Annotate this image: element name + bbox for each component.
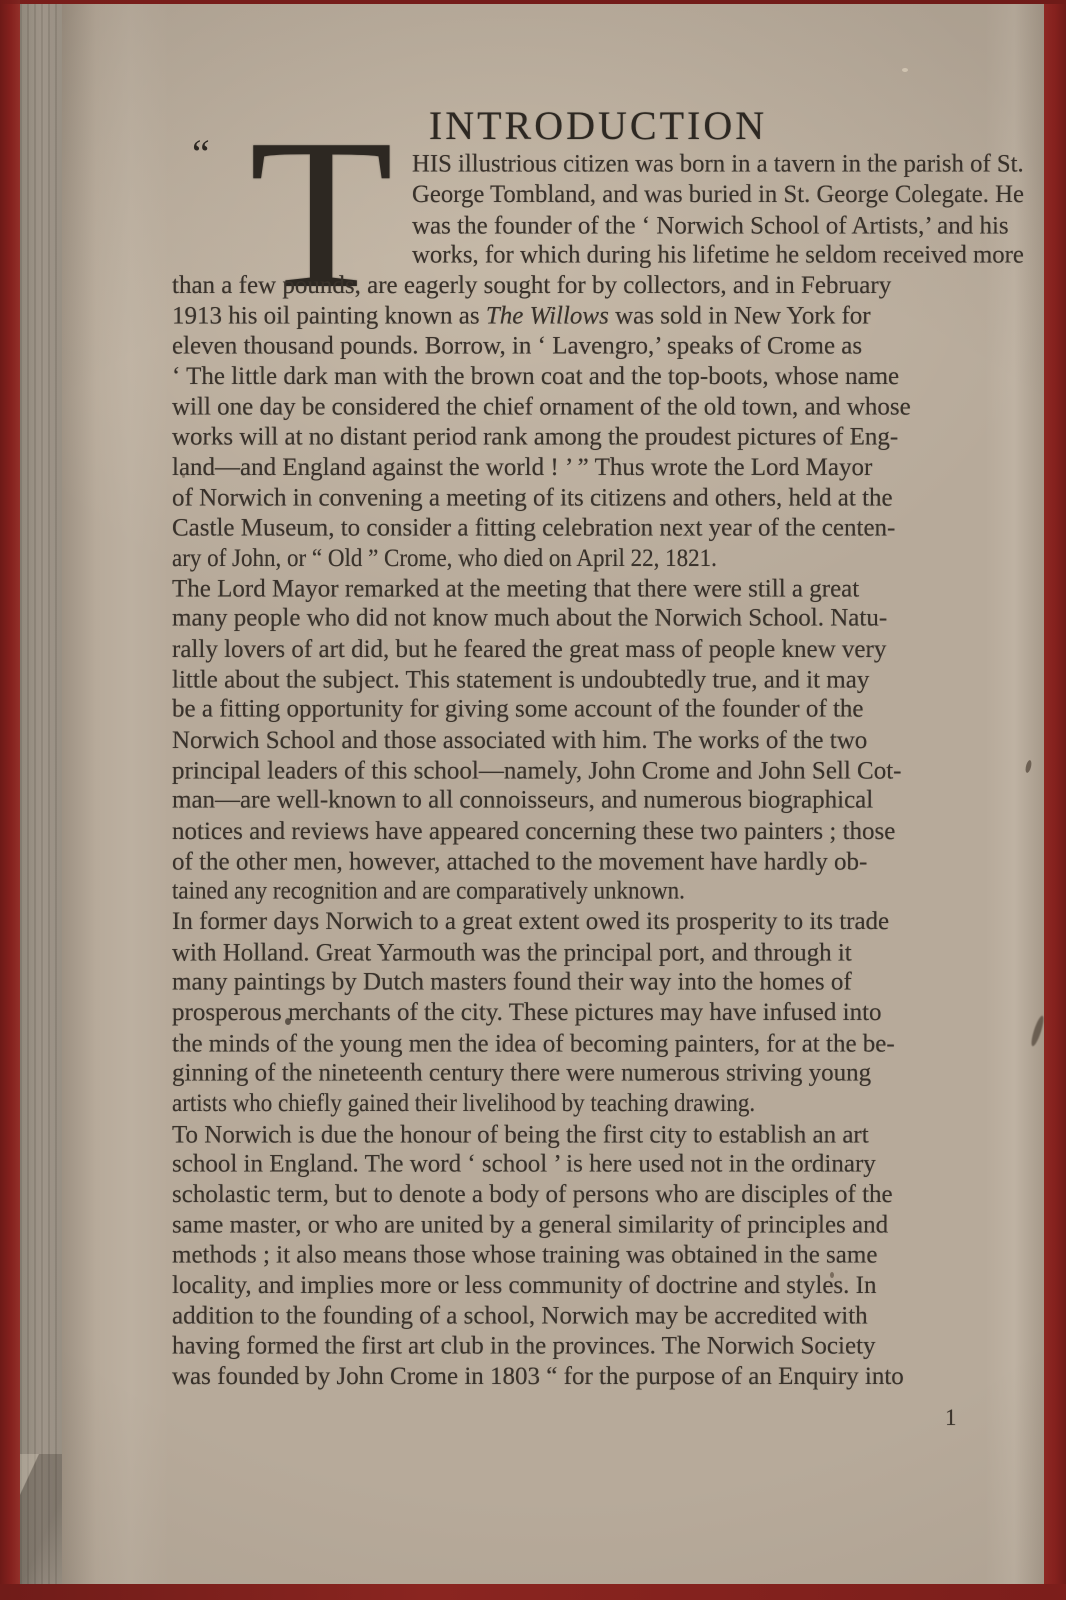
text-line: same master, or who are united by a gene… bbox=[172, 1211, 1024, 1241]
text-line: Castle Museum, to consider a fitting cel… bbox=[172, 513, 1024, 543]
text-line: will one day be considered the chief orn… bbox=[172, 393, 1024, 423]
text-line: HIS illustrious citizen was born in a ta… bbox=[412, 150, 1017, 180]
text-line: with Holland. Great Yarmouth was the pri… bbox=[172, 938, 1024, 968]
text-line: tained any recognition and are comparati… bbox=[172, 877, 956, 907]
text-line: 1913 his oil painting known as The Willo… bbox=[172, 302, 1024, 332]
body-text: HIS illustrious citizen was born in a ta… bbox=[172, 150, 1024, 1392]
text-line: artists who chiefly gained their livelih… bbox=[172, 1089, 956, 1119]
italic-text: The Willows bbox=[486, 303, 609, 330]
text-line: notices and reviews have appeared concer… bbox=[172, 817, 1024, 847]
text-line: rally lovers of art did, but he feared t… bbox=[172, 635, 1024, 665]
book-cover-edge-bottom bbox=[0, 1584, 1066, 1600]
book-cover-edge-left bbox=[0, 0, 20, 1600]
text-line: having formed the first art club in the … bbox=[172, 1331, 1024, 1361]
book-cover-edge-right bbox=[1044, 0, 1066, 1600]
dust-speck bbox=[182, 474, 185, 478]
text-line: In former days Norwich to a great extent… bbox=[172, 907, 1024, 937]
text-line: of the other men, however, attached to t… bbox=[172, 847, 1024, 877]
text-line: the minds of the young men the idea of b… bbox=[172, 1029, 1024, 1059]
text-line: ginning of the nineteenth century there … bbox=[172, 1058, 1024, 1088]
text-line: scholastic term, but to denote a body of… bbox=[172, 1180, 1024, 1210]
text-line: works, for which during his lifetime he … bbox=[412, 240, 1018, 270]
text-line: principal leaders of this school—namely,… bbox=[172, 756, 1024, 786]
text-line: ary of John, or “ Old ” Crome, who died … bbox=[172, 544, 956, 574]
text-line: addition to the founding of a school, No… bbox=[172, 1302, 1024, 1332]
book-page-photo: INTRODUCTION “ T HIS illustrious citizen… bbox=[0, 0, 1066, 1600]
text-line: ‘ The little dark man with the brown coa… bbox=[172, 362, 1024, 392]
text-line: George Tombland, and was buried in St. G… bbox=[412, 180, 1017, 210]
text-line: than a few pounds, are eagerly sought fo… bbox=[172, 271, 1024, 301]
text-line: was founded by John Crome in 1803 “ for … bbox=[172, 1362, 1024, 1392]
dust-speck bbox=[830, 1272, 834, 1278]
dust-speck bbox=[285, 1018, 291, 1025]
text-line: little about the subject. This statement… bbox=[172, 666, 1024, 696]
text-line: of Norwich in convening a meeting of its… bbox=[172, 484, 1024, 514]
text-line: prosperous merchants of the city. These … bbox=[172, 998, 1024, 1028]
text-line: locality, and implies more or less commu… bbox=[172, 1271, 1024, 1301]
text-line: land—and England against the world ! ’ ”… bbox=[172, 453, 1024, 483]
text-line: man—are well-known to all connoisseurs, … bbox=[172, 786, 1024, 816]
text-line: Norwich School and those associated with… bbox=[172, 726, 1024, 756]
text-line: many people who did not know much about … bbox=[172, 604, 1024, 634]
book-page: INTRODUCTION “ T HIS illustrious citizen… bbox=[62, 4, 1044, 1584]
text-line: be a fitting opportunity for giving some… bbox=[172, 695, 1024, 725]
text-line: The Lord Mayor remarked at the meeting t… bbox=[172, 575, 1024, 605]
text-line: school in England. The word ‘ school ’ i… bbox=[172, 1149, 1024, 1179]
text-line: was the founder of the ‘ Norwich School … bbox=[412, 211, 1024, 241]
dust-speck bbox=[1025, 760, 1033, 774]
text-line: To Norwich is due the honour of being th… bbox=[172, 1120, 1024, 1150]
dust-speck bbox=[902, 68, 908, 72]
text-line: many paintings by Dutch masters found th… bbox=[172, 968, 1024, 998]
text-line: methods ; it also means those whose trai… bbox=[172, 1240, 1024, 1270]
ink-smudge bbox=[1029, 1015, 1046, 1048]
page-number: 1 bbox=[945, 1406, 957, 1429]
page-edges-band bbox=[20, 4, 62, 1584]
text-line: works will at no distant period rank amo… bbox=[172, 422, 1024, 452]
text-line: eleven thousand pounds. Borrow, in ‘ Lav… bbox=[172, 331, 1024, 361]
